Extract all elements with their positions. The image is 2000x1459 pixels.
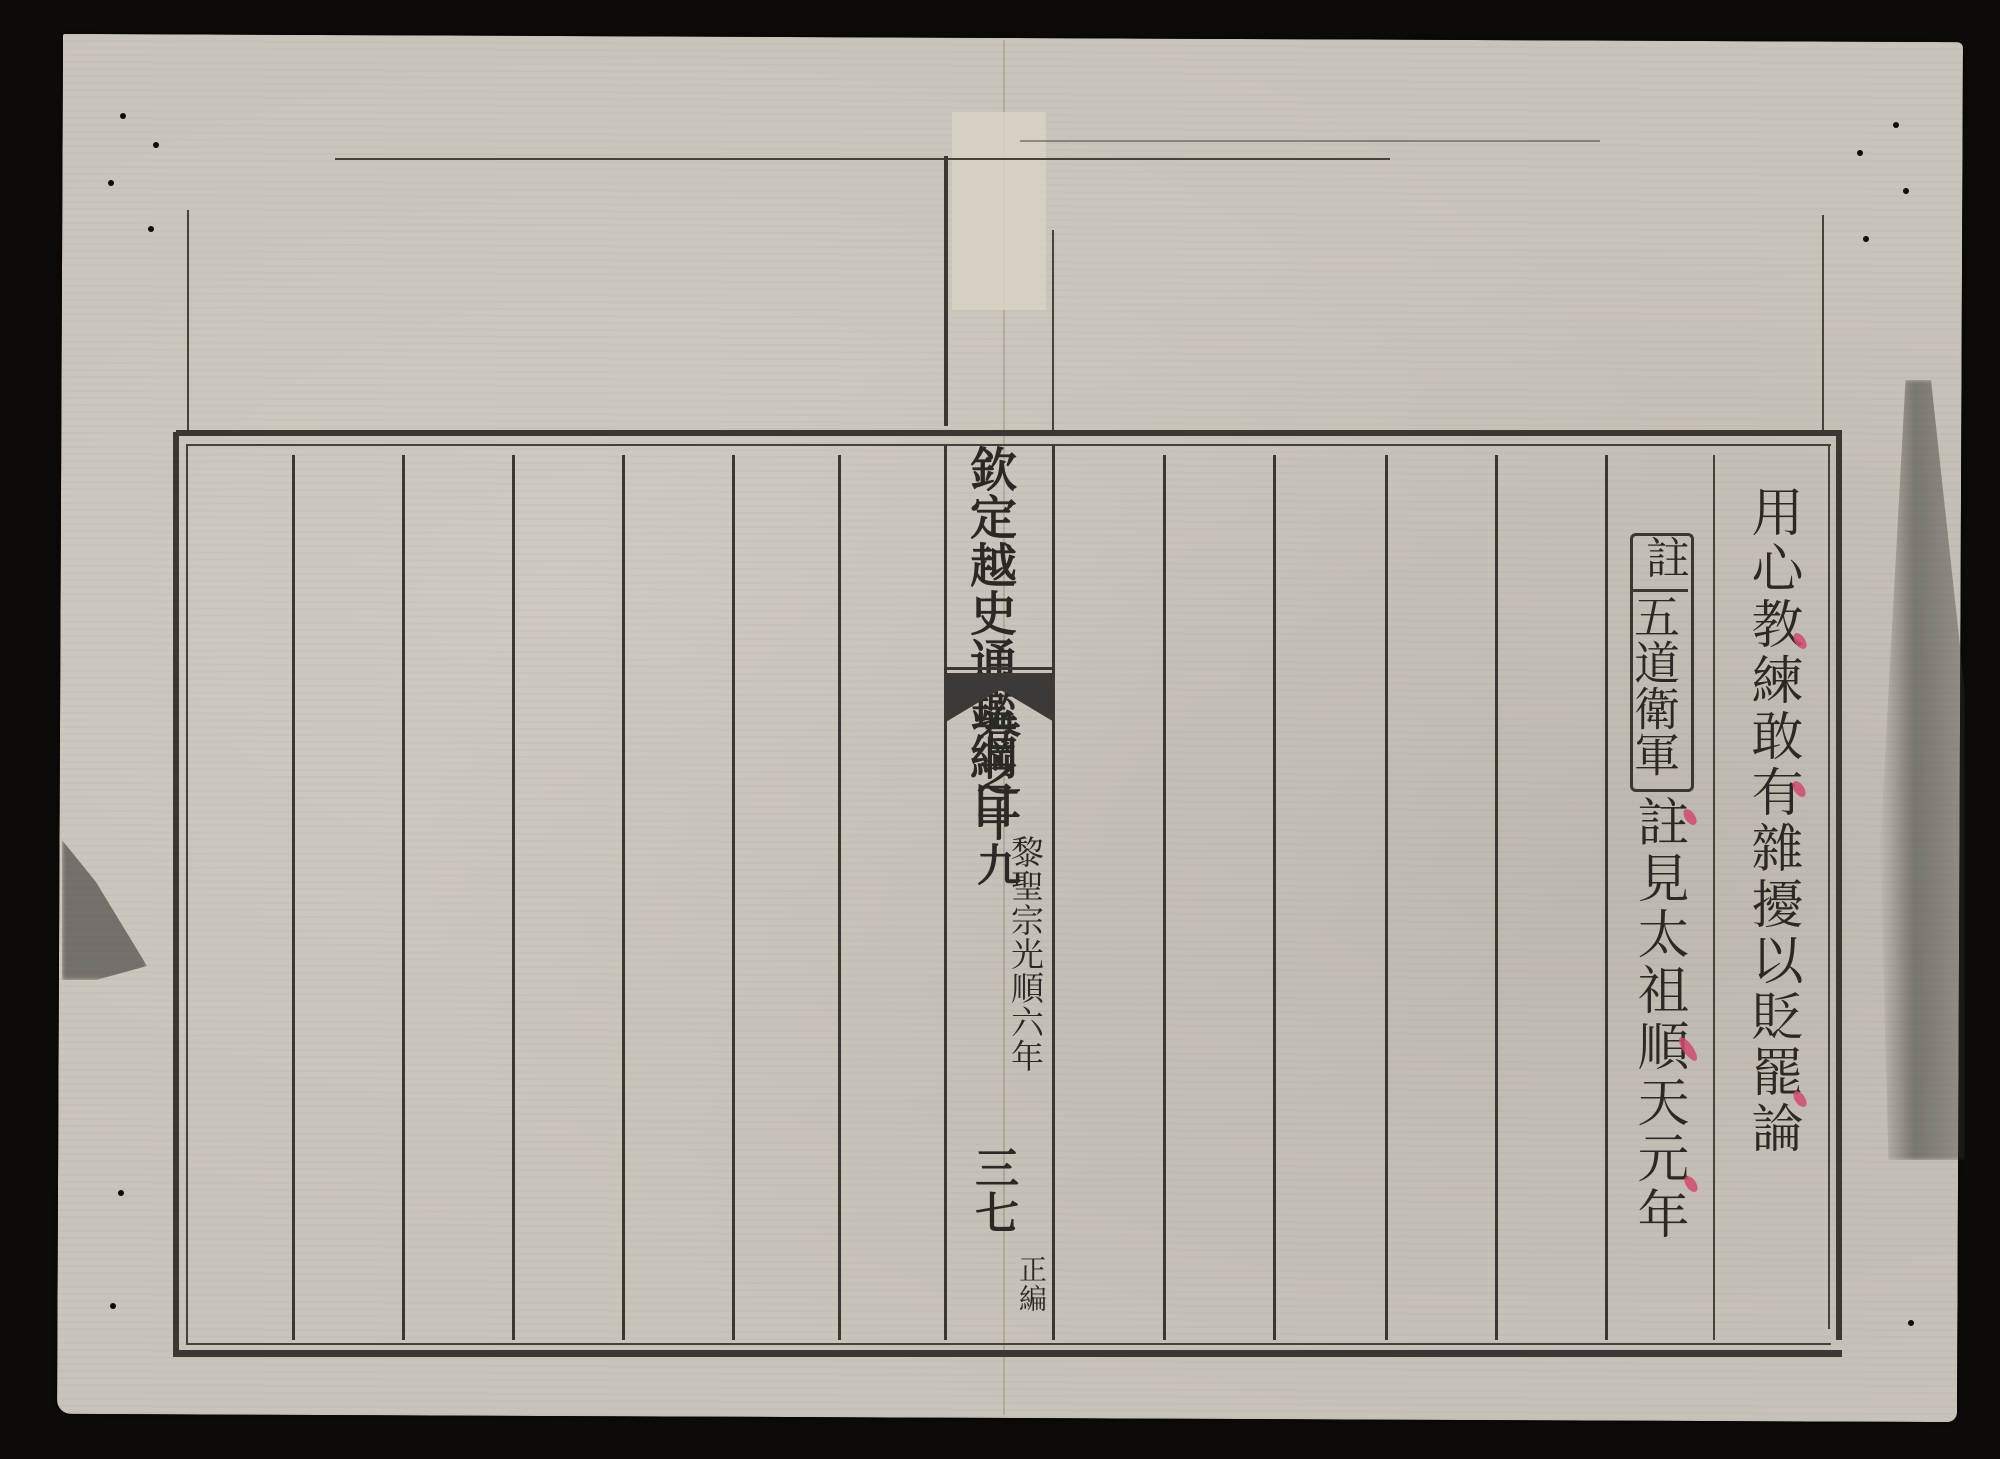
boxed-term: 五道衛軍: [1630, 593, 1678, 777]
column-divider: [1605, 455, 1608, 1340]
frame-bottom-thick: [176, 1350, 1842, 1357]
header-top-line-faint: [1020, 140, 1600, 142]
binding-hole: [153, 142, 159, 148]
binding-hole: [148, 226, 154, 232]
fishtail-rule: [945, 667, 1055, 670]
text-column-1: 用心教練敢有雜擾以貶罷論: [1742, 485, 1802, 1157]
frame-left-thick: [173, 432, 179, 1357]
frame-bottom-inner: [186, 1343, 1831, 1345]
binding-hole: [1908, 1320, 1914, 1326]
binding-hole: [1903, 188, 1909, 194]
reign-period: 黎聖宗光順六年: [1003, 835, 1047, 1073]
frame-right-thick: [1836, 430, 1842, 1340]
column-divider: [512, 455, 515, 1340]
column-divider: [1163, 455, 1166, 1340]
column-divider: [1495, 455, 1498, 1340]
header-left-line: [187, 210, 189, 435]
binding-hole: [1857, 150, 1863, 156]
binding-hole: [118, 1190, 124, 1196]
binding-hole: [120, 113, 126, 119]
column-divider: [1713, 455, 1715, 1340]
column-divider: [402, 455, 405, 1340]
column-divider: [732, 455, 735, 1340]
column-divider: [622, 455, 625, 1340]
header-top-line: [335, 158, 1390, 160]
binding-hole: [1893, 122, 1899, 128]
text-column-2: 註見太祖順天元年: [1628, 795, 1688, 1243]
column-divider: [292, 455, 295, 1340]
column-divider: [838, 455, 841, 1340]
note-label: 註: [1633, 535, 1693, 583]
header-center-left-line: [944, 156, 948, 426]
header-center-right-line: [1052, 230, 1054, 430]
frame-top-thick: [176, 430, 1836, 436]
frame-left-inner: [186, 444, 188, 1344]
binding-hole: [110, 1303, 116, 1309]
page-number: 三七: [963, 1145, 1021, 1235]
frame-right-inner: [1828, 444, 1830, 1329]
binding-hole: [1863, 236, 1869, 242]
column-divider: [1273, 455, 1276, 1340]
center-column: 欽定越史通鑑綱目 卷之十九 黎聖宗光順六年 三七 正編: [945, 445, 1055, 1335]
header-right-line: [1822, 215, 1824, 435]
binding-hole: [108, 180, 114, 186]
section-label: 正編: [1013, 1255, 1049, 1313]
column-divider: [1385, 455, 1388, 1340]
